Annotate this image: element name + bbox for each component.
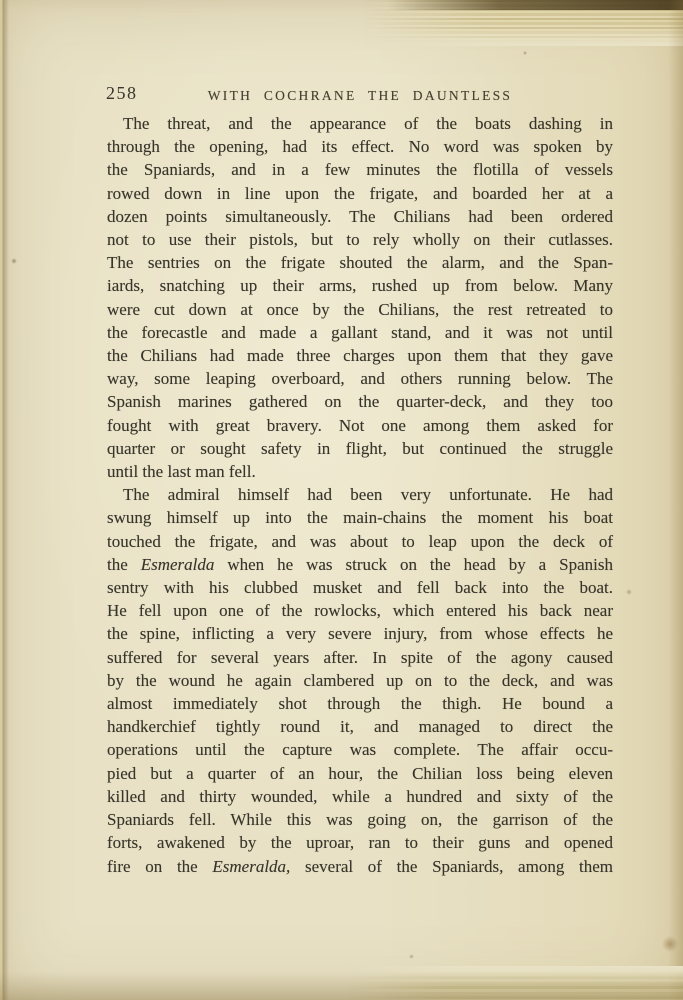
paragraph: The admiral himself had been very unfort… [107, 483, 613, 877]
text-segment: fought with great bravery. Not one among… [107, 416, 613, 435]
text-segment: pied but a quarter of an hour, the Chili… [107, 764, 613, 783]
text-segment: not to use their pistols, but to rely wh… [107, 230, 613, 249]
text-line: suffered for several years after. In spi… [107, 646, 613, 669]
text-segment: fire on the [107, 857, 212, 876]
text-segment: until the last man fell. [107, 462, 256, 481]
text-line: killed and thirty wounded, while a hundr… [107, 785, 613, 808]
text-segment: The threat, and the appearance of the bo… [123, 114, 613, 133]
text-line: almost immediately shot through the thig… [107, 692, 613, 715]
text-line: dozen points simultaneously. The Chilian… [107, 205, 613, 228]
text-segment: Spanish marines gathered on the quarter-… [107, 392, 613, 411]
text-segment: operations until the capture was complet… [107, 740, 613, 759]
scanned-book-page: 258 WITH COCHRANE THE DAUNTLESS The thre… [0, 0, 683, 1000]
text-segment: the forecastle and made a gallant stand,… [107, 323, 613, 342]
text-segment: The admiral himself had been very unfort… [123, 485, 613, 504]
text-segment: way, some leaping overboard, and others … [107, 369, 613, 388]
foxing-spot [626, 589, 632, 595]
text-segment: the Spaniards, and in a few minutes the … [107, 160, 613, 179]
text-line: Spaniards fell. While this was going on,… [107, 808, 613, 831]
text-segment: almost immediately shot through the thig… [107, 694, 613, 713]
text-line: The admiral himself had been very unfort… [107, 483, 613, 506]
text-line: pied but a quarter of an hour, the Chili… [107, 762, 613, 785]
text-line: the Chilians had made three charges upon… [107, 344, 613, 367]
text-line: until the last man fell. [107, 460, 613, 483]
text-segment: quarter or sought safety in flight, but … [107, 439, 613, 458]
text-segment: rowed down in line upon the frigate, and… [107, 184, 613, 203]
foxing-spot [523, 51, 527, 55]
text-segment: suffered for several years after. In spi… [107, 648, 613, 667]
text-segment: Spaniards fell. While this was going on,… [107, 810, 613, 829]
text-line: iards, snatching up their arms, rushed u… [107, 274, 613, 297]
text-line: through the opening, had its effect. No … [107, 135, 613, 158]
text-line: touched the frigate, and was about to le… [107, 530, 613, 553]
text-line: fought with great bravery. Not one among… [107, 414, 613, 437]
text-line: The sentries on the frigate shouted the … [107, 251, 613, 274]
text-segment: iards, snatching up their arms, rushed u… [107, 276, 613, 295]
text-line: Spanish marines gathered on the quarter-… [107, 390, 613, 413]
foxing-spot [662, 936, 678, 952]
text-line: forts, awakened by the uproar, ran to th… [107, 831, 613, 854]
page-edge-texture-top [353, 0, 683, 46]
text-segment: through the opening, had its effect. No … [107, 137, 613, 156]
text-line: by the wound he again clambered up on to… [107, 669, 613, 692]
running-header: WITH COCHRANE THE DAUNTLESS [107, 88, 613, 104]
text-line: operations until the capture was complet… [107, 738, 613, 761]
text-line: sentry with his clubbed musket and fell … [107, 576, 613, 599]
text-line: not to use their pistols, but to rely wh… [107, 228, 613, 251]
foxing-spot [409, 954, 414, 959]
text-segment: touched the frigate, and was about to le… [107, 532, 613, 551]
italic-text: Esmeralda, [212, 857, 290, 876]
text-line: the forecastle and made a gallant stand,… [107, 321, 613, 344]
text-segment: handkerchief tightly round it, and manag… [107, 717, 613, 736]
text-line: the Esmeralda when he was struck on the … [107, 553, 613, 576]
text-block: The threat, and the appearance of the bo… [107, 112, 613, 878]
text-segment: forts, awakened by the uproar, ran to th… [107, 833, 613, 852]
text-line: were cut down at once by the Chilians, t… [107, 298, 613, 321]
foxing-spot [11, 258, 17, 264]
text-line: fire on the Esmeralda, several of the Sp… [107, 855, 613, 878]
page-edge-shadow-top [388, 0, 683, 10]
text-line: He fell upon one of the rowlocks, which … [107, 599, 613, 622]
text-segment: the spine, inflicting a very severe inju… [107, 624, 613, 643]
italic-text: Esmeralda [141, 555, 215, 574]
text-segment: dozen points simultaneously. The Chilian… [107, 207, 613, 226]
text-segment: sentry with his clubbed musket and fell … [107, 578, 613, 597]
text-segment: were cut down at once by the Chilians, t… [107, 300, 613, 319]
page-edge-shadow-right [668, 0, 683, 1000]
text-line: The threat, and the appearance of the bo… [107, 112, 613, 135]
text-segment: The sentries on the frigate shouted the … [107, 253, 613, 272]
text-segment: when he was struck on the head by a Span… [214, 555, 613, 574]
text-segment: the [107, 555, 141, 574]
paragraph: The threat, and the appearance of the bo… [107, 112, 613, 483]
text-segment: He fell upon one of the rowlocks, which … [107, 601, 613, 620]
text-segment: killed and thirty wounded, while a hundr… [107, 787, 613, 806]
text-segment: several of the Spaniards, among them [290, 857, 613, 876]
text-line: the spine, inflicting a very severe inju… [107, 622, 613, 645]
text-line: the Spaniards, and in a few minutes the … [107, 158, 613, 181]
text-segment: swung himself up into the main-chains th… [107, 508, 613, 527]
page-gutter-crease-left [0, 0, 9, 1000]
text-segment: by the wound he again clambered up on to… [107, 671, 613, 690]
text-segment: the Chilians had made three charges upon… [107, 346, 613, 365]
text-line: way, some leaping overboard, and others … [107, 367, 613, 390]
text-line: rowed down in line upon the frigate, and… [107, 182, 613, 205]
page-edge-shadow-bottom [0, 972, 683, 1000]
text-line: handkerchief tightly round it, and manag… [107, 715, 613, 738]
text-line: quarter or sought safety in flight, but … [107, 437, 613, 460]
text-line: swung himself up into the main-chains th… [107, 506, 613, 529]
page-edge-texture-bottom [338, 966, 683, 1000]
